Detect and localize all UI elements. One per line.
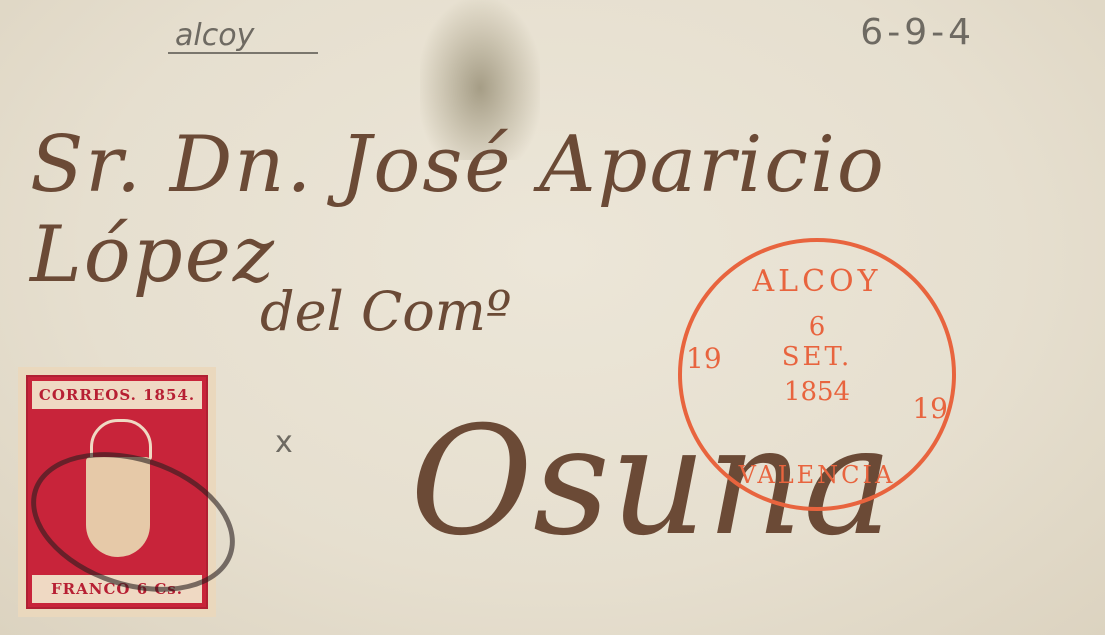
postmark-day: 6 [682, 312, 952, 342]
postmark-month: SET. [682, 342, 952, 372]
postmark-city: ALCOY [682, 264, 952, 299]
postmark-side-right: 19 [912, 392, 948, 425]
postmark-province: VALENCIA [682, 461, 952, 489]
postmark-side-left: 19 [686, 342, 722, 375]
envelope-cover: alcoy 6-9-4 x Sr. Dn. José Aparicio Lópe… [0, 0, 1105, 635]
pencil-underline [168, 52, 318, 54]
pencil-date-note: 6-9-4 [860, 12, 975, 53]
address-line-2: del Comº [260, 280, 511, 343]
postage-stamp: CORREOS. 1854. FRANCO 6 Cs. [18, 367, 216, 617]
stamp-top-label: CORREOS. 1854. [32, 381, 202, 409]
postmark: ALCOY 6 SET. 1854 19 19 VALENCIA [678, 238, 956, 511]
pencil-x-mark: x [275, 425, 293, 460]
pencil-city-note: alcoy [175, 18, 254, 53]
